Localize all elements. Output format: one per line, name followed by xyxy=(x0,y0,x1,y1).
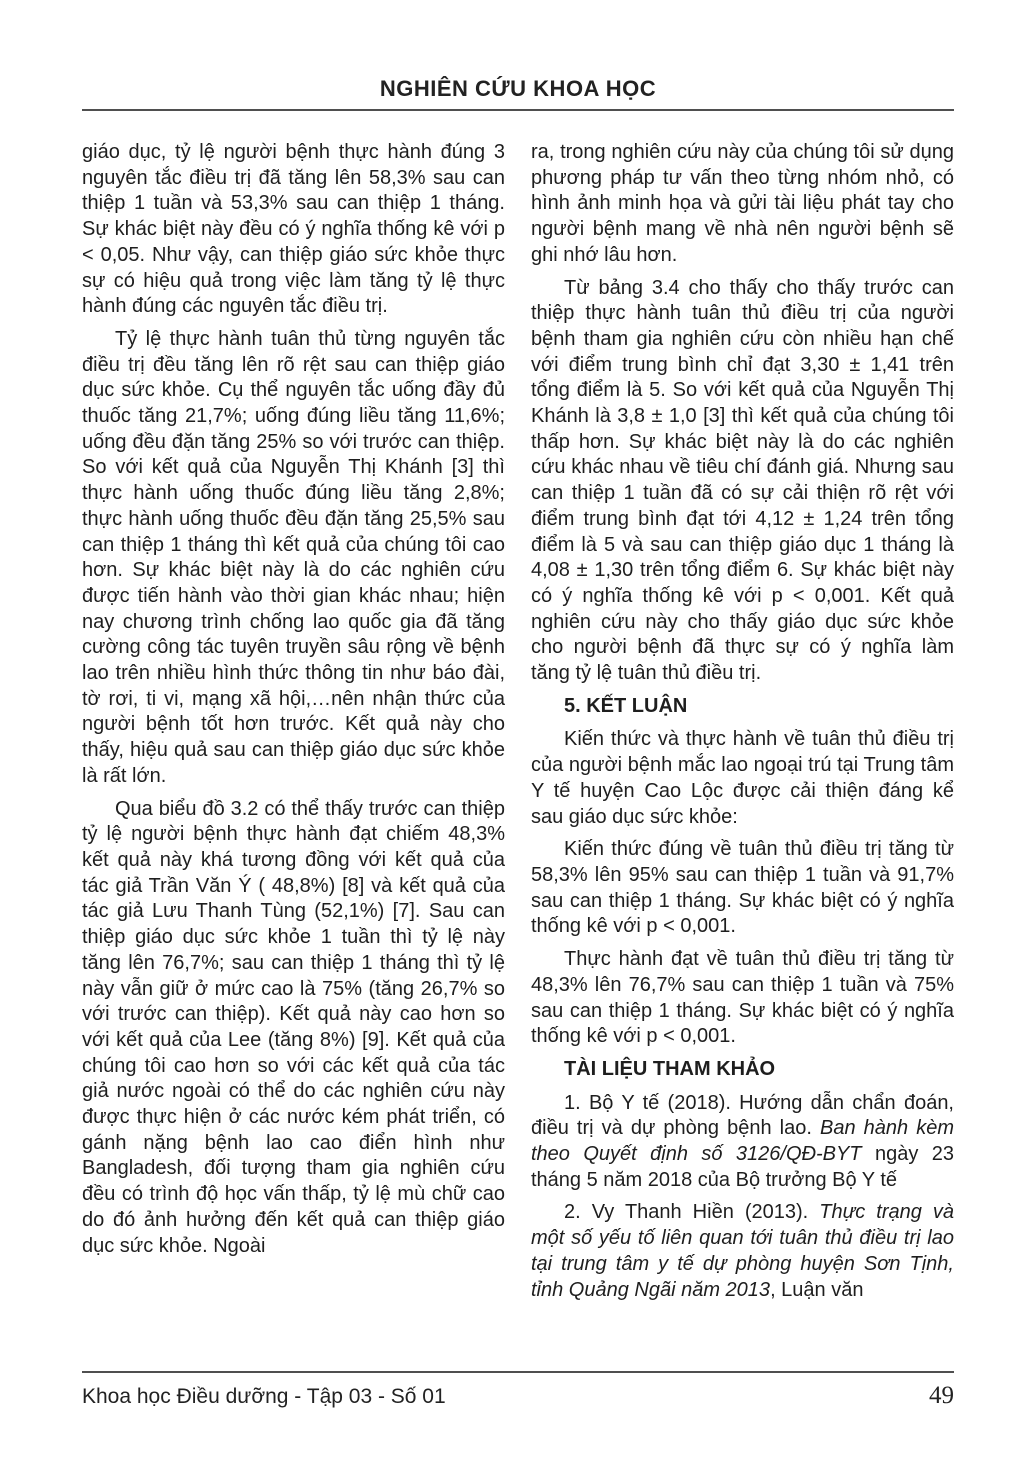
article-body: giáo dục, tỷ lệ người bệnh thực hành đún… xyxy=(82,140,954,1356)
paragraph: Qua biểu đồ 3.2 có thể thấy trước can th… xyxy=(82,797,505,1260)
left-column: giáo dục, tỷ lệ người bệnh thực hành đún… xyxy=(82,140,505,1356)
right-column: ra, trong nghiên cứu này của chúng tôi s… xyxy=(531,140,954,1356)
reference-text: , Luận văn xyxy=(770,1279,863,1301)
reference-text: 2. Vy Thanh Hiền (2013). xyxy=(564,1201,819,1223)
paragraph: ra, trong nghiên cứu này của chúng tôi s… xyxy=(531,140,954,269)
conclusion-heading: 5. KẾT LUẬN xyxy=(531,694,954,720)
journal-title: Khoa học Điều dưỡng - Tập 03 - Số 01 xyxy=(82,1385,446,1409)
paragraph: giáo dục, tỷ lệ người bệnh thực hành đún… xyxy=(82,140,505,320)
page-number: 49 xyxy=(929,1382,954,1410)
header-divider xyxy=(82,109,954,111)
reference-item: 2. Vy Thanh Hiền (2013). Thực trạng và m… xyxy=(531,1200,954,1303)
paragraph: Kiến thức đúng về tuân thủ điều trị tăng… xyxy=(531,837,954,940)
paragraph: Tỷ lệ thực hành tuân thủ từng nguyên tắc… xyxy=(82,327,505,790)
footer-divider xyxy=(82,1371,954,1373)
reference-item: 1. Bộ Y tế (2018). Hướng dẫn chẩn đoán, … xyxy=(531,1091,954,1194)
paragraph: Kiến thức và thực hành về tuân thủ điều … xyxy=(531,727,954,830)
paragraph: Từ bảng 3.4 cho thấy cho thấy trước can … xyxy=(531,276,954,687)
paragraph: Thực hành đạt về tuân thủ điều trị tăng … xyxy=(531,947,954,1050)
references-heading: TÀI LIỆU THAM KHẢO xyxy=(531,1057,954,1083)
page-header-title: NGHIÊN CỨU KHOA HỌC xyxy=(82,76,954,102)
journal-page: NGHIÊN CỨU KHOA HỌC giáo dục, tỷ lệ ngườ… xyxy=(0,0,1036,1477)
footer: Khoa học Điều dưỡng - Tập 03 - Số 01 49 xyxy=(82,1382,954,1410)
